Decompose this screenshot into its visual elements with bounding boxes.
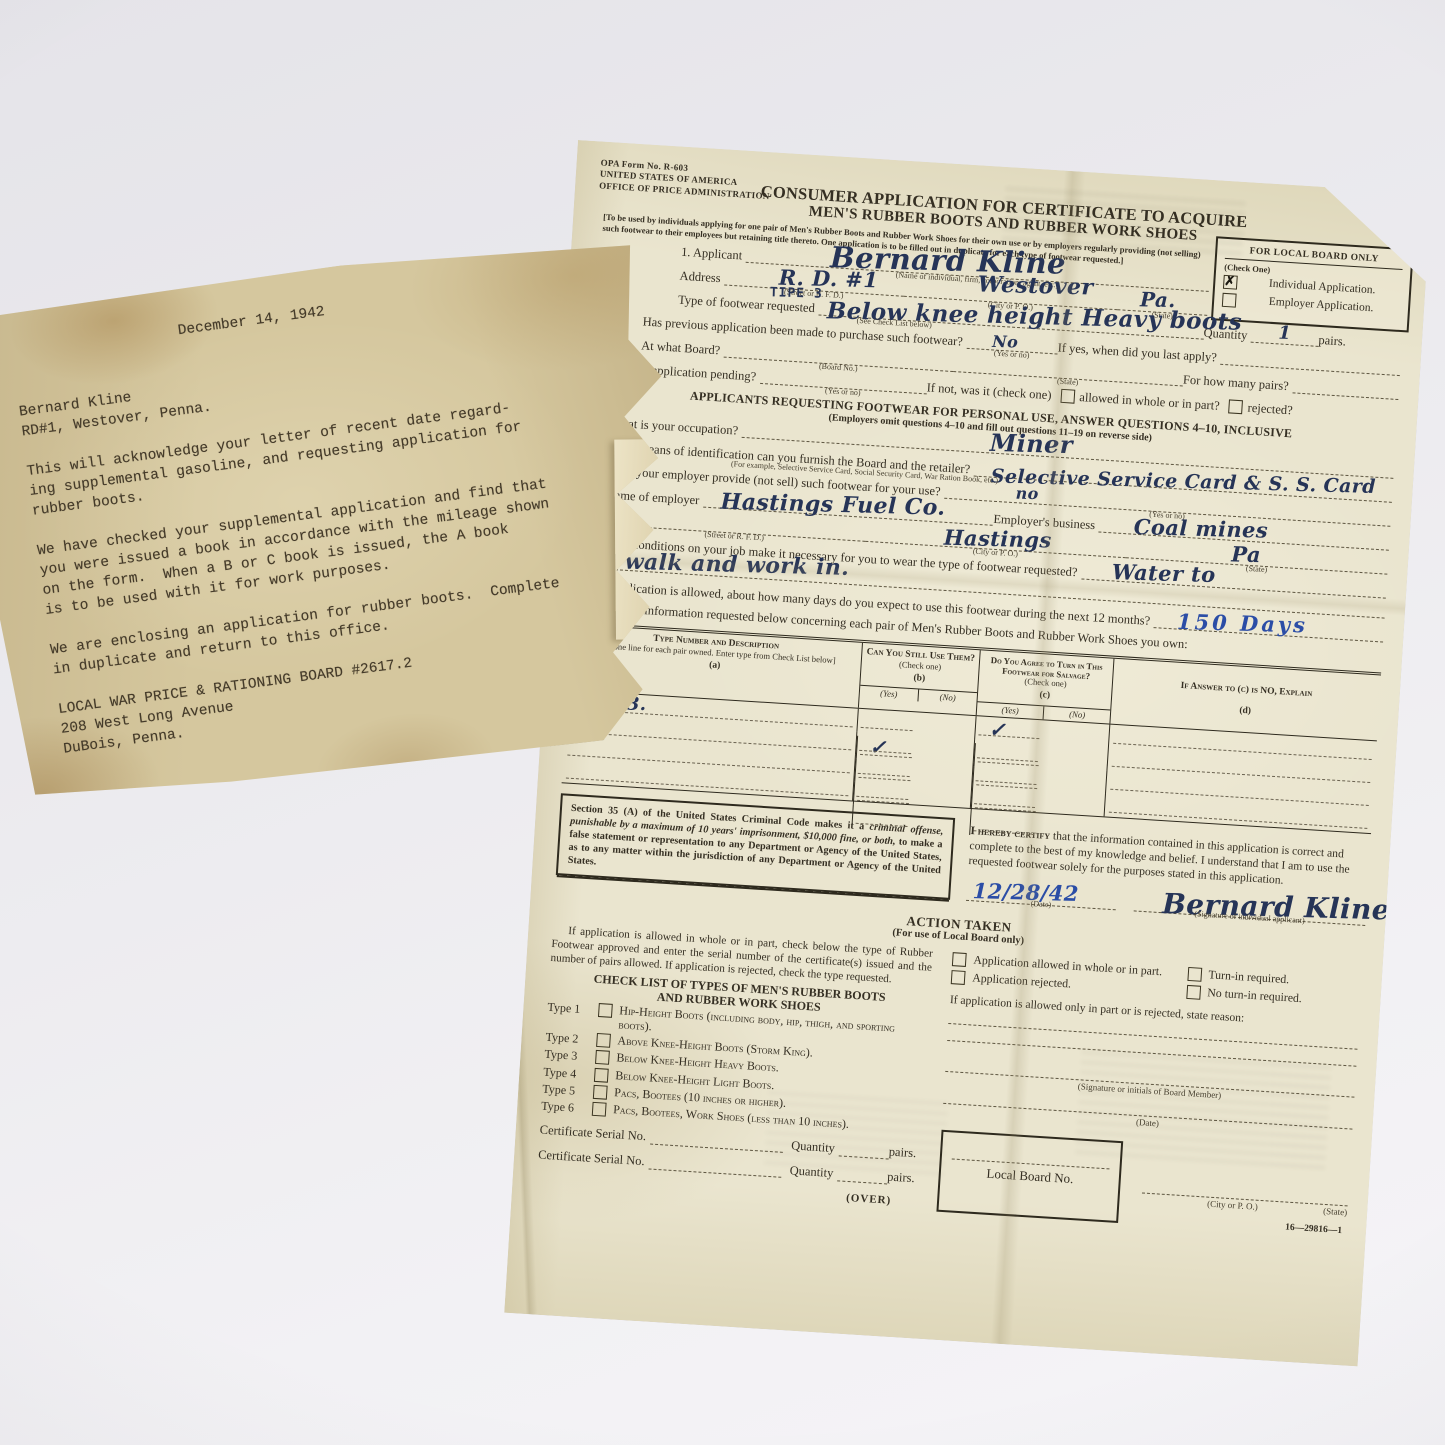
- individual-application-checkbox: ✗: [1223, 275, 1238, 290]
- empty-use-yes-cell: [853, 777, 913, 804]
- certify-signature-sublabel: (Signature of individual applicant): [1133, 905, 1365, 930]
- allowed-label: allowed in whole or in part?: [1079, 390, 1224, 414]
- type-number-label: Type 6: [541, 1099, 586, 1116]
- action-left-column: If application is allowed in whole or in…: [536, 923, 933, 1211]
- allowed-checkbox: [1060, 389, 1075, 404]
- employer-application-checkbox: [1222, 293, 1237, 308]
- type-number-label: Type 2: [545, 1030, 590, 1047]
- address-label: Address: [679, 268, 725, 286]
- certificate-quantity-label: Quantity: [783, 1138, 840, 1156]
- certificate-serial-line-2: [648, 1155, 782, 1178]
- action-check-label: No turn-in required.: [1207, 986, 1302, 1005]
- certificate-serial-label: Certificate Serial No.: [539, 1123, 650, 1145]
- days-handwriting: 150 Days: [1177, 609, 1309, 637]
- certify-date-line: 12/28/42 (Date): [966, 882, 1117, 910]
- check-x-mark: ✗: [1224, 273, 1236, 289]
- quantity-label: Quantity: [1203, 325, 1252, 343]
- action-checkbox: [952, 952, 967, 967]
- empty-use-no-cell: [851, 804, 912, 831]
- action-checkbox: [1186, 985, 1201, 1000]
- certificate-pairs-label: pairs.: [888, 1145, 920, 1162]
- rejected-checkbox: [1228, 400, 1243, 415]
- action-taken-section: If application is allowed in whole or in…: [536, 923, 1362, 1238]
- salvage-yes-checkmark: ✓: [989, 718, 1007, 742]
- quantity-line: 1: [1251, 328, 1319, 347]
- action-checkbox: [1187, 967, 1202, 982]
- for-local-board-only-box: FOR LOCAL BOARD ONLY (Check One) ✗ Indiv…: [1211, 236, 1414, 332]
- action-checkbox: [951, 970, 966, 985]
- local-board-number-box: Local Board No.: [937, 1130, 1124, 1223]
- form-print-number: 16—29816—1: [1140, 1213, 1346, 1237]
- city-state-block: (City or P. O.) (State) 16—29816—1: [1140, 1181, 1348, 1238]
- signature-row: 12/28/42 (Date) Bernard Kline (Signature…: [966, 882, 1366, 926]
- empty-salvage-no-cell: [969, 811, 1038, 838]
- type-checkbox: [596, 1033, 611, 1048]
- type-number-label: Type 4: [543, 1064, 588, 1081]
- pairs-label: pairs.: [1318, 333, 1350, 350]
- board-state-line: (State): [953, 357, 1183, 386]
- board-label: At what Board?: [641, 338, 725, 358]
- type-checkbox: [592, 1102, 607, 1117]
- quantity-handwriting: 1: [1278, 323, 1292, 345]
- empty-salvage-yes-cell: [971, 785, 1039, 812]
- col-b-no-label: (No): [917, 690, 977, 706]
- action-check-label: Turn-in required.: [1208, 968, 1289, 986]
- certify-signature-line: Bernard Kline (Signature of individual a…: [1134, 892, 1367, 926]
- type-checkbox: [598, 1003, 613, 1018]
- type-number-label: Type 3: [544, 1047, 589, 1064]
- certificate-serial-label-2: Certificate Serial No.: [538, 1148, 649, 1170]
- certificate-pairs-label-2: pairs.: [887, 1170, 919, 1187]
- action-right-column: Application allowed in whole or in part.…: [937, 948, 1363, 1237]
- type-checkbox: [594, 1067, 609, 1082]
- rejected-label: rejected?: [1247, 400, 1297, 418]
- type-checklist: Type 1Hip-Height Boots (including body, …: [541, 1000, 928, 1136]
- rationing-board-letter: December 14, 1942Bernard KlineRD#1, West…: [0, 224, 718, 816]
- type-number-label: Type 1: [547, 1000, 592, 1017]
- local-board-row: Local Board No. (City or P. O.) (State) …: [937, 1130, 1351, 1238]
- how-many-pairs-line: [1292, 379, 1399, 401]
- col-b-yes-label: (Yes): [859, 686, 918, 702]
- action-check-label: Application rejected.: [972, 971, 1072, 990]
- type-checkbox: [595, 1050, 610, 1065]
- type-checkbox: [593, 1085, 608, 1100]
- last-apply-line: [1220, 350, 1400, 376]
- board-no-line: (Board No.): [724, 343, 954, 372]
- certificate-serial-line: [650, 1130, 784, 1153]
- certify-date-sublabel: (Date): [966, 895, 1116, 915]
- table-col-c-header: Do You Agree to Turn in This Footwear fo…: [976, 650, 1114, 723]
- application-form-sheet: OPA Form No. R-603 UNITED STATES OF AMER…: [504, 140, 1431, 1366]
- type-number-label: Type 5: [542, 1081, 587, 1098]
- how-many-pairs-label: For how many pairs?: [1183, 372, 1294, 394]
- letter-text: December 14, 1942Bernard KlineRD#1, West…: [0, 224, 714, 789]
- certificate-quantity-line: [838, 1141, 889, 1159]
- certificate-quantity-label-2: Quantity: [781, 1163, 838, 1181]
- state-sublabel-bottom: (State): [1323, 1206, 1348, 1218]
- applicant-label: 1. Applicant: [681, 244, 747, 263]
- certificate-quantity-line-2: [837, 1166, 888, 1184]
- table-col-b-header: Can You Still Use Them? (Check one) (b) …: [858, 643, 980, 715]
- photo-background: OPA Form No. R-603 UNITED STATES OF AMER…: [0, 0, 1445, 1445]
